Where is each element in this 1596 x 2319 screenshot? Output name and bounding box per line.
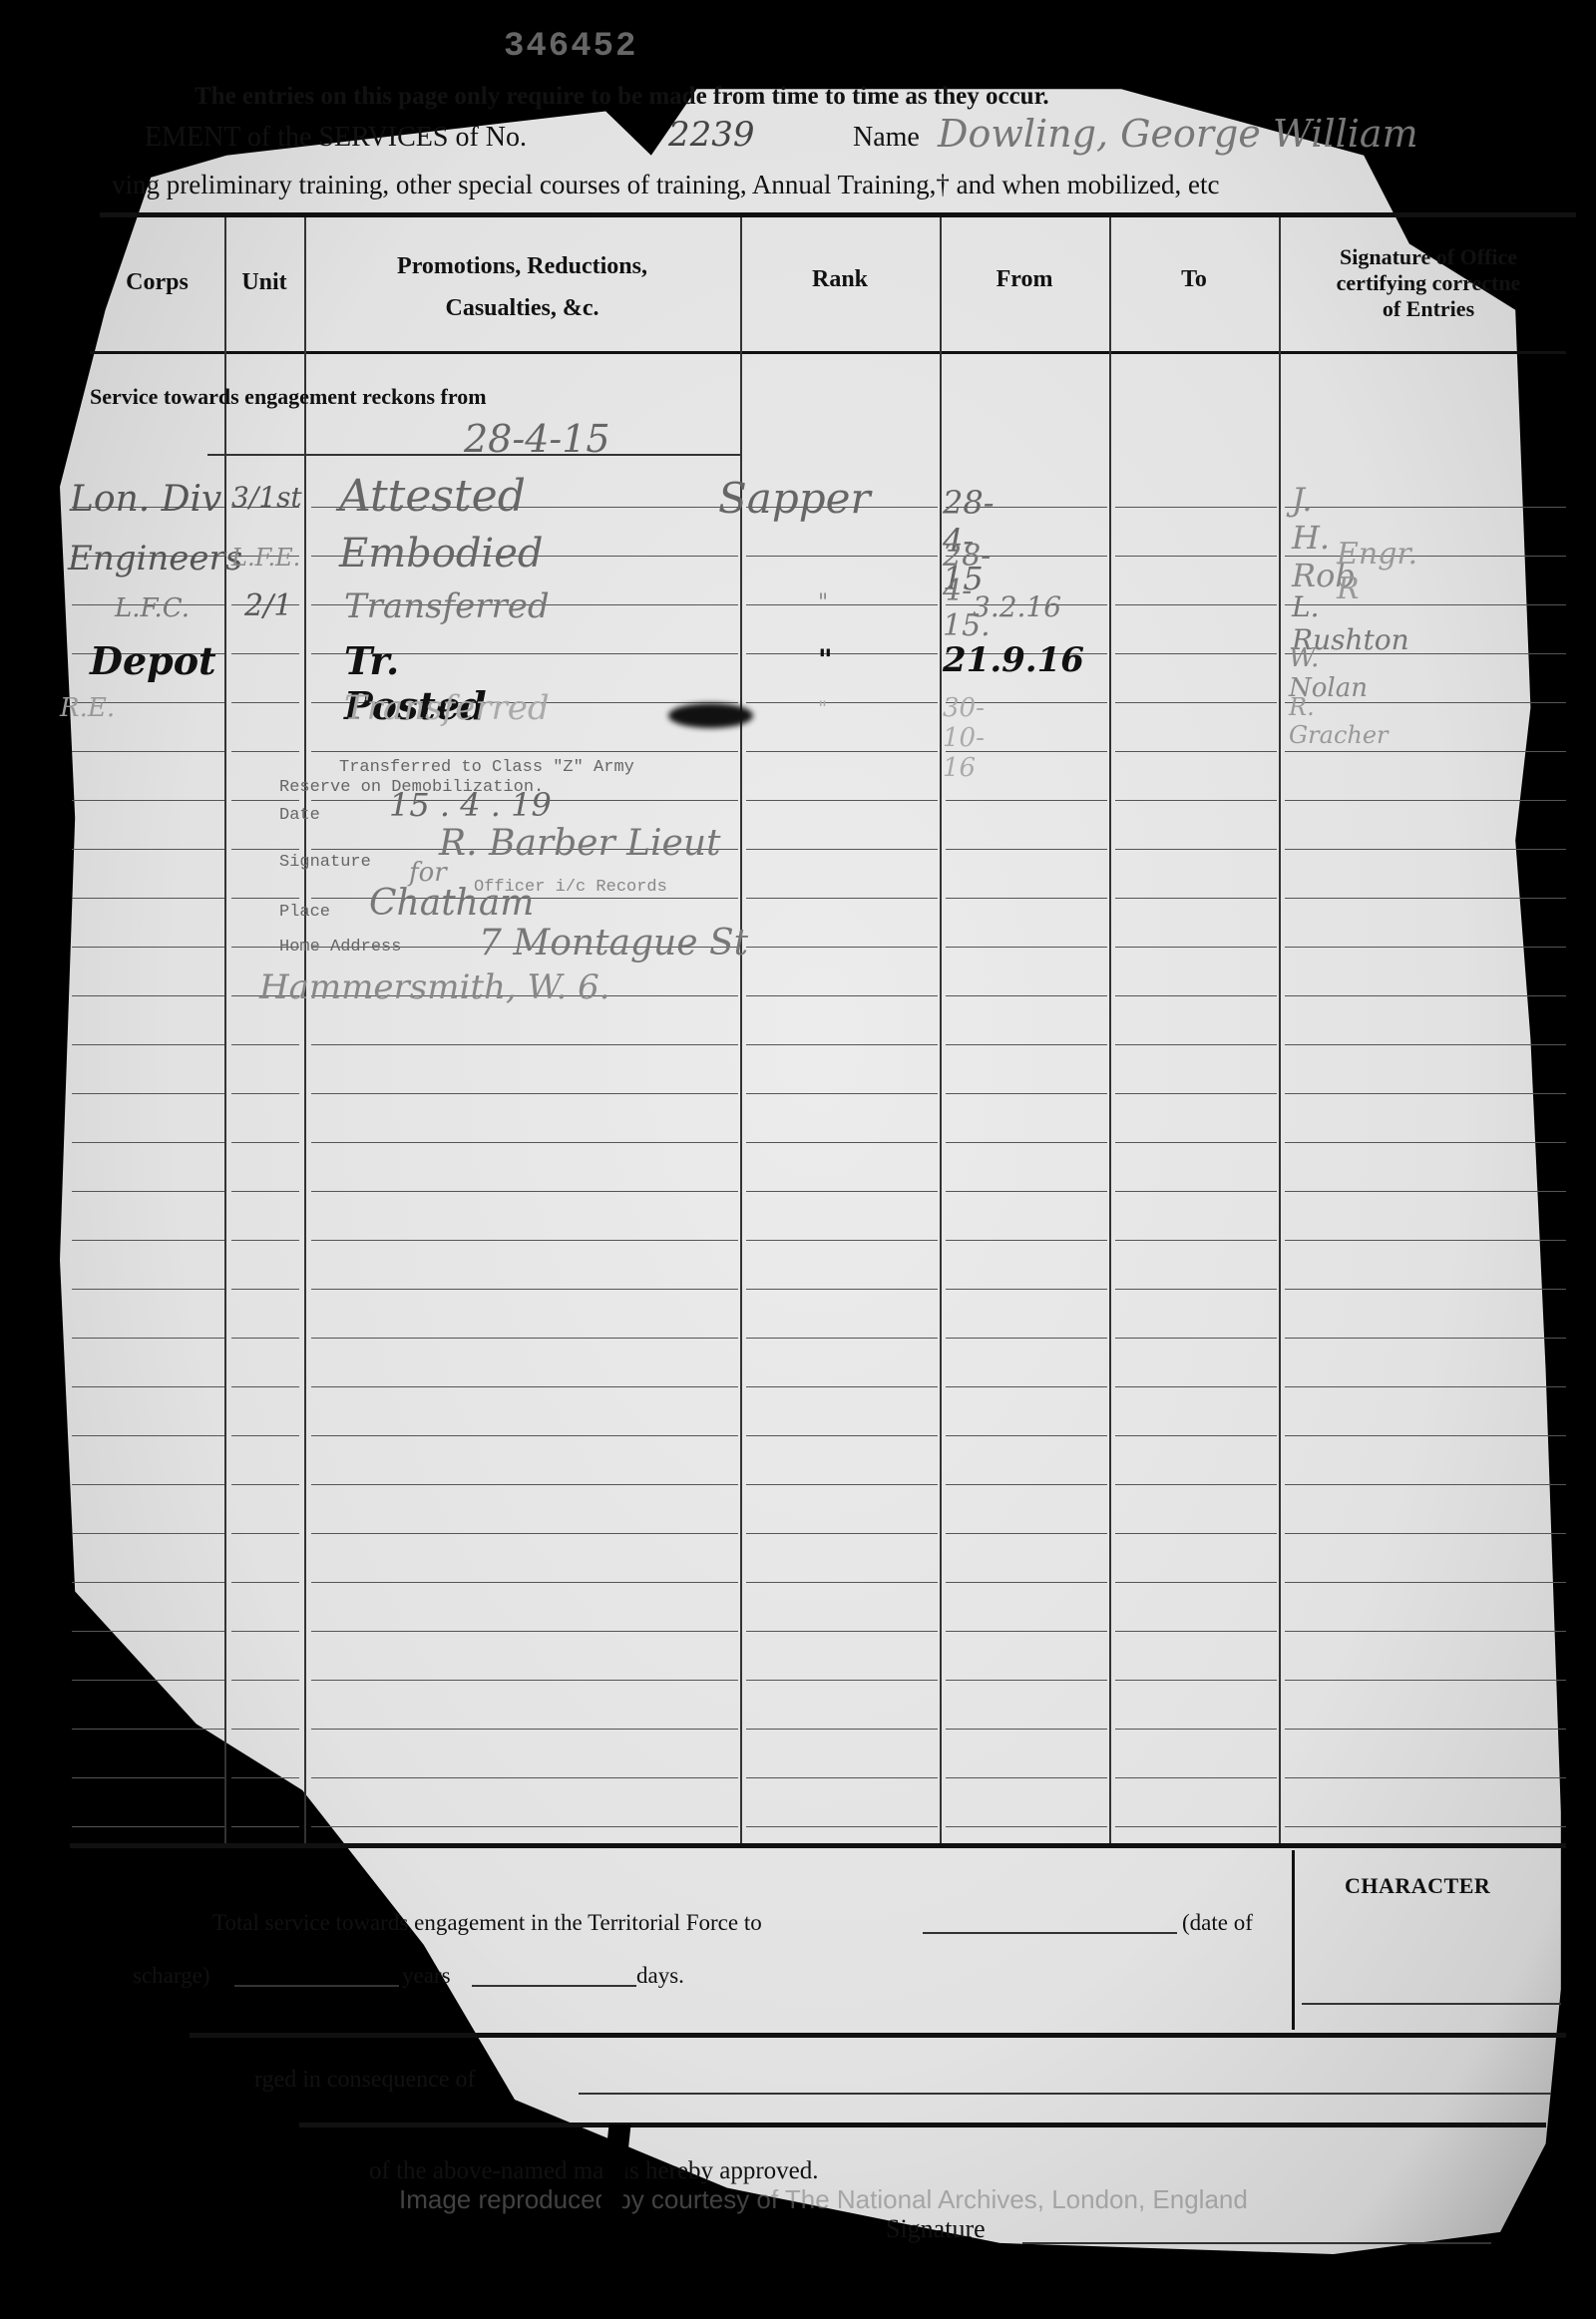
total-service-text: Total service towards engagement in the … <box>212 1910 762 1936</box>
ruled-line <box>1285 995 1566 996</box>
ruled-line <box>746 1484 938 1485</box>
ruled-line <box>1115 995 1277 996</box>
ruled-line <box>1285 1240 1566 1241</box>
ruled-line <box>1285 1484 1566 1485</box>
ruled-line <box>1115 1044 1277 1045</box>
character-divider <box>1292 1850 1295 2030</box>
ruled-line <box>231 1582 299 1583</box>
ruled-line <box>946 947 1107 948</box>
row-corps: R.E. <box>60 693 115 723</box>
ruled-line <box>231 1631 299 1632</box>
ruled-line <box>746 995 938 996</box>
header-bottom-rule <box>90 351 1566 354</box>
ruled-line <box>1285 1093 1566 1094</box>
ruled-line <box>746 751 938 752</box>
ruled-line <box>946 898 1107 899</box>
ruled-line <box>72 995 224 996</box>
ruled-line <box>746 653 938 654</box>
ruled-line <box>1285 751 1566 752</box>
ruled-line <box>1115 1680 1277 1681</box>
header-rank: Rank <box>740 264 940 294</box>
statement-title: EMENT of the SERVICES of No. <box>145 122 527 154</box>
ruled-line <box>311 1777 738 1778</box>
ink-blot <box>668 703 753 728</box>
ruled-line <box>311 1729 738 1730</box>
ruled-line <box>231 1680 299 1681</box>
signature-label: Signature <box>886 2214 986 2244</box>
ruled-line <box>1285 1533 1566 1534</box>
ruled-line <box>311 1044 738 1045</box>
ruled-line <box>231 1289 299 1290</box>
days-field[interactable] <box>472 1985 636 1987</box>
ruled-line <box>1115 1826 1277 1827</box>
stamp-place-label: Place <box>279 903 330 922</box>
col-divider-corps <box>224 217 226 1843</box>
signature-field[interactable] <box>1022 2242 1491 2244</box>
header-promotions-line1: Promotions, Reductions, <box>304 251 740 281</box>
ruled-line <box>1285 947 1566 948</box>
ruled-line <box>746 1240 938 1241</box>
ruled-line <box>311 1484 738 1485</box>
ruled-line <box>746 1191 938 1192</box>
ruled-line <box>311 1386 738 1387</box>
ruled-line <box>1115 604 1277 605</box>
name-label: Name <box>853 122 920 154</box>
ruled-line <box>1115 1093 1277 1094</box>
ruled-line <box>72 1338 224 1339</box>
header-signature-line2: certifying correctne <box>1279 270 1578 296</box>
ruled-line <box>311 1631 738 1632</box>
ruled-line <box>231 1533 299 1534</box>
ruled-line <box>746 1044 938 1045</box>
row-corps: L.F.C. <box>115 593 190 623</box>
ruled-line <box>1285 1729 1566 1730</box>
ruled-line <box>72 1435 224 1436</box>
header-promotions: Promotions, Reductions, Casualties, &c. <box>304 251 740 323</box>
ruled-line <box>1115 1240 1277 1241</box>
ruled-line <box>946 1338 1107 1339</box>
ruled-line <box>946 1240 1107 1241</box>
ruled-line <box>1285 800 1566 801</box>
ruled-line <box>1285 1826 1566 1827</box>
discharge-label: scharge) <box>133 1963 209 1989</box>
ruled-line <box>72 898 224 899</box>
ruled-line <box>746 1582 938 1583</box>
ruled-line <box>1115 1191 1277 1192</box>
ruled-line <box>946 1631 1107 1632</box>
footer-lower-rule <box>299 2123 1546 2127</box>
ruled-line <box>1115 1142 1277 1143</box>
ruled-line <box>1285 1338 1566 1339</box>
ruled-line <box>746 1631 938 1632</box>
row-signature: R. Gracher <box>1289 693 1389 749</box>
col-divider-to <box>1279 217 1281 1843</box>
discharge-reason-field[interactable] <box>579 2093 1551 2095</box>
ruled-line <box>72 1289 224 1290</box>
row-rank: Sapper <box>718 474 871 523</box>
header-promotions-line2: Casualties, &c. <box>304 293 740 323</box>
ruled-line <box>946 1435 1107 1436</box>
ruled-line <box>1115 1777 1277 1778</box>
ruled-line <box>946 849 1107 850</box>
stamp-address-line2: Hammersmith, W. 6. <box>259 967 610 1007</box>
archive-watermark: Image reproduced by courtesy of The Nati… <box>399 2184 1248 2215</box>
header-unit: Unit <box>224 267 304 297</box>
row-event: Embodied <box>339 531 544 577</box>
ruled-line <box>311 1093 738 1094</box>
ruled-line <box>311 751 738 752</box>
ruled-line <box>1115 1533 1277 1534</box>
ruled-line <box>1285 1680 1566 1681</box>
years-field[interactable] <box>234 1985 399 1987</box>
ruled-line <box>72 1386 224 1387</box>
ruled-line <box>946 1484 1107 1485</box>
ruled-line <box>1115 1484 1277 1485</box>
character-label: CHARACTER <box>1345 1873 1490 1899</box>
ruled-line <box>311 1680 738 1681</box>
subtitle: ving preliminary training, other special… <box>112 170 1220 200</box>
stamp-address-line1: 7 Montague St <box>479 923 748 964</box>
row-corps: Depot <box>90 638 216 683</box>
col-divider-unit <box>304 217 306 1843</box>
ruled-line <box>72 1044 224 1045</box>
ruled-line <box>1285 898 1566 899</box>
row-event: Transferred <box>344 586 550 626</box>
reckons-label: Service towards engagement reckons from <box>90 384 487 410</box>
ruled-line <box>746 1142 938 1143</box>
ruled-line <box>72 1680 224 1681</box>
ruled-line <box>231 1777 299 1778</box>
ruled-line <box>231 1484 299 1485</box>
col-divider-rank <box>940 217 942 1843</box>
ruled-line <box>946 1386 1107 1387</box>
stamp-date-label: Date <box>279 806 320 825</box>
ruled-line <box>746 1729 938 1730</box>
stamp-date-value: 15 . 4 . 19 <box>389 786 552 824</box>
ruled-line <box>231 1240 299 1241</box>
ruled-line <box>231 1142 299 1143</box>
ruled-line <box>1285 1289 1566 1290</box>
ruled-line <box>72 1484 224 1485</box>
ruled-line <box>311 1191 738 1192</box>
ruled-line <box>72 751 224 752</box>
ruled-line <box>746 1093 938 1094</box>
demob-stamp: Transferred to Class "Z" Army Reserve on… <box>279 758 928 987</box>
ruled-line <box>72 1240 224 1241</box>
ruled-line <box>72 1826 224 1827</box>
stamp-place-value: Chatham <box>369 883 534 924</box>
stamp-signature-value: R. Barber Lieut <box>439 823 721 864</box>
ruled-line <box>1115 653 1277 654</box>
ruled-line <box>946 1289 1107 1290</box>
ruled-line <box>746 1289 938 1290</box>
ruled-line <box>311 1435 738 1436</box>
ruled-line <box>746 1826 938 1827</box>
ruled-line <box>1285 849 1566 850</box>
ruled-line <box>1285 1044 1566 1045</box>
ruled-line <box>72 1191 224 1192</box>
approved-text: of the above-named man is hereby approve… <box>369 2157 819 2185</box>
date-of-label: (date of <box>1182 1910 1253 1936</box>
total-service-field[interactable] <box>923 1932 1177 1934</box>
ruled-line <box>231 1044 299 1045</box>
ruled-line <box>946 1044 1107 1045</box>
soldier-name: Dowling, George William <box>938 112 1418 156</box>
ruled-line <box>746 556 938 557</box>
row-corps: Engineers <box>68 539 242 579</box>
ruled-line <box>946 1093 1107 1094</box>
footer-top-rule <box>70 1843 1566 1848</box>
row-unit: 2/1 <box>244 588 292 623</box>
header-signature: Signature of Office certifying correctne… <box>1279 244 1578 322</box>
ruled-line <box>1115 1338 1277 1339</box>
footer-mid-rule <box>190 2033 1566 2038</box>
ruled-line <box>746 1386 938 1387</box>
ruled-line <box>311 1826 738 1827</box>
ruled-line <box>231 1386 299 1387</box>
ruled-line <box>1115 1289 1277 1290</box>
ruled-line <box>1285 1631 1566 1632</box>
ruled-line <box>1115 556 1277 557</box>
row-rank: " <box>818 696 827 720</box>
ruled-line <box>1115 1582 1277 1583</box>
ruled-line <box>72 849 224 850</box>
ruled-line <box>72 1582 224 1583</box>
ruled-line <box>1115 1435 1277 1436</box>
ruled-line <box>311 1533 738 1534</box>
ruled-line <box>1285 1582 1566 1583</box>
ruled-line <box>946 1191 1107 1192</box>
ruled-line <box>231 1435 299 1436</box>
ruled-line <box>231 1729 299 1730</box>
ruled-line <box>231 1191 299 1192</box>
discharged-text: rged in consequence of <box>254 2067 475 2094</box>
ruled-line <box>1115 947 1277 948</box>
service-number: 2239 <box>668 115 755 155</box>
ruled-line <box>72 1631 224 1632</box>
ruled-line <box>1115 800 1277 801</box>
row-from: 21.9.16 <box>943 640 1084 680</box>
ruled-line <box>231 1826 299 1827</box>
ruled-line <box>72 1093 224 1094</box>
ruled-line <box>72 1142 224 1143</box>
ruled-line <box>746 1435 938 1436</box>
ruled-line <box>311 1240 738 1241</box>
ruled-line <box>946 1680 1107 1681</box>
ruled-line <box>1115 507 1277 508</box>
ruled-line <box>946 995 1107 996</box>
ruled-line <box>231 653 299 654</box>
ruled-line <box>1285 1777 1566 1778</box>
ruled-line <box>1285 1386 1566 1387</box>
ruled-line <box>72 1729 224 1730</box>
row-event: Transferred <box>344 688 550 728</box>
row-from: 30-10-16 <box>943 693 985 783</box>
ruled-line <box>946 1142 1107 1143</box>
header-signature-line3: of Entries <box>1279 296 1578 322</box>
ruled-line <box>231 1338 299 1339</box>
header-from: From <box>940 264 1109 294</box>
ruled-line <box>311 1142 738 1143</box>
years-label: years <box>402 1963 451 1989</box>
ruled-line <box>1115 898 1277 899</box>
serial-number: 346452 <box>504 28 637 66</box>
ruled-line <box>311 1582 738 1583</box>
ruled-line <box>746 1338 938 1339</box>
ruled-line <box>72 1533 224 1534</box>
header-corps: Corps <box>90 267 224 297</box>
notice-text: The entries on this page only require to… <box>195 83 1049 111</box>
row-unit: 3/1st <box>231 481 302 514</box>
ruled-line <box>1115 702 1277 703</box>
days-label: days. <box>636 1963 684 1989</box>
ruled-line <box>746 1680 938 1681</box>
ruled-line <box>746 702 938 703</box>
ruled-line <box>231 702 299 703</box>
row-corps: Lon. Div <box>70 479 229 520</box>
paper-tear <box>588 2125 630 2319</box>
ruled-line <box>72 800 224 801</box>
ruled-line <box>1115 849 1277 850</box>
ruled-line <box>1285 1191 1566 1192</box>
row-unit: L.F.E. <box>231 544 300 572</box>
ruled-line <box>1115 751 1277 752</box>
stamp-signature-label: Signature <box>279 853 371 872</box>
ruled-line <box>946 800 1107 801</box>
stamp-address-label: Home Address <box>279 938 401 957</box>
ruled-line <box>946 1729 1107 1730</box>
ruled-line <box>746 1533 938 1534</box>
ruled-line <box>72 947 224 948</box>
ruled-line <box>946 1826 1107 1827</box>
ruled-line <box>746 1777 938 1778</box>
row-from: 3.2.16 <box>973 590 1061 623</box>
ruled-line <box>311 1338 738 1339</box>
header-signature-line1: Signature of Office <box>1279 244 1578 270</box>
ruled-line <box>946 1533 1107 1534</box>
reckons-underline <box>207 454 741 456</box>
ruled-line <box>946 1582 1107 1583</box>
ruled-line <box>1285 1435 1566 1436</box>
ruled-line <box>1115 1386 1277 1387</box>
ruled-line <box>311 1289 738 1290</box>
col-divider-from <box>1109 217 1111 1843</box>
row-rank: " <box>818 590 828 615</box>
stamp-line1: Transferred to Class "Z" Army <box>339 758 634 777</box>
ruled-line <box>72 1777 224 1778</box>
character-underline <box>1302 2003 1561 2005</box>
table-top-rule <box>100 212 1576 217</box>
ruled-line <box>231 751 299 752</box>
col-divider-promotions <box>740 217 742 1843</box>
row-rank: " <box>818 643 833 676</box>
ruled-line <box>1285 1142 1566 1143</box>
ruled-line <box>746 604 938 605</box>
header-to: To <box>1109 264 1279 294</box>
ruled-line <box>1115 1729 1277 1730</box>
ruled-line <box>946 1777 1107 1778</box>
ruled-line <box>1115 1631 1277 1632</box>
ruled-line <box>231 1093 299 1094</box>
row-event: Attested <box>339 471 526 522</box>
